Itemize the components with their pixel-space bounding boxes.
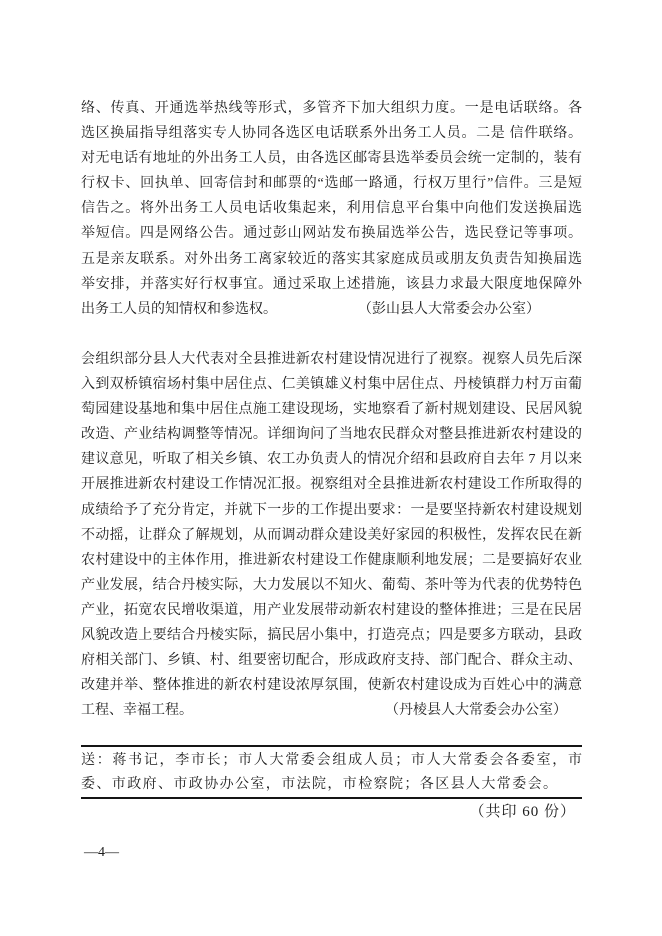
text-line: 建议意见，听取了相关乡镇、农工办负责人的情况介绍和县政府自去年 7 月以来 (81, 447, 582, 472)
text-line: 选区换届指导组落实专人协同各选区电话联系外出务工人员。二是 信件联络。 (81, 121, 582, 146)
distribution-list: 送：蒋书记，李市长；市人大常委会组成人员；市人大常委会各委室，市 委、市政府、市… (81, 749, 582, 797)
article2-closing-line: 工程、幸福工程。 （丹棱县人大常委会办公室） (81, 698, 582, 723)
text-line: 开展推进新农村建设工作情况汇报。视察组对全县推进新农村建设工作所取得的 (81, 472, 582, 497)
distribution-line: 委、市政府、市政协办公室，市法院，市检察院；各区县人大常委会。 (81, 773, 582, 797)
divider-top (81, 745, 582, 747)
article1-closing-line: 出务工人员的知情权和参选权。 （彭山县人大常委会办公室） (81, 297, 582, 322)
document-page: 络、传真、开通选举热线等形式，多管齐下加大组织力度。一是电话联络。各 选区换届指… (0, 0, 662, 936)
text-line: 五是亲友联系。对外出务工离家较近的落实其家庭成员或朋友负责告知换届选 (81, 247, 582, 272)
text-line: 成绩给予了充分肯定，并就下一步的工作提出要求：一是要坚持新农村建设规划 (81, 498, 582, 523)
text-line: 风貌改造上要结合丹棱实际，搞民居小集中，打造亮点；四是要多方联动，县政 (81, 623, 582, 648)
text-line: 信告之。将外出务工人员电话收集起来，利用信息平台集中向他们发送换届选 (81, 196, 582, 221)
article2-closing-text: 工程、幸福工程。 (81, 698, 193, 723)
text-line: 产业发展，结合丹棱实际，大力发展以不知火、葡萄、茶叶等为代表的优势特色 (81, 573, 582, 598)
text-line: 产业，拓宽农民增收渠道，用产业发展带动新农村建设的整体推进；三是在民居 (81, 598, 582, 623)
article1-closing-text: 出务工人员的知情权和参选权。 (81, 297, 277, 322)
text-line: 会组织部分县人大代表对全县推进新农村建设情况进行了视察。视察人员先后深 (81, 347, 582, 372)
text-line: 改造、产业结构调整等情况。详细询问了当地农民群众对整县推进新农村建设的 (81, 422, 582, 447)
article1-attribution: （彭山县人大常委会办公室） (358, 297, 540, 322)
text-line: 对无电话有地址的外出务工人员，由各选区邮寄县选举委员会统一定制的，装有 (81, 146, 582, 171)
text-line: 农村建设中的主体作用，推进新农村建设工作健康顺利地发展；二是要搞好农业 (81, 548, 582, 573)
text-line: 不动摇，让群众了解规划，从而调动群众建设美好家园的积极性，发挥农民在新 (81, 523, 582, 548)
text-line: 举短信。四是网络公告。通过彭山网站发布换届选举公告，选民登记等事项。 (81, 221, 582, 246)
text-line: 举安排，并落实好行权事宜。通过采取上述措施，该县力求最大限度地保障外 (81, 272, 582, 297)
text-line: 入到双桥镇宿场村集中居住点、仁美镇雄义村集中居住点、丹棱镇群力村万亩葡 (81, 372, 582, 397)
text-line: 萄园建设基地和集中居住点施工建设现场，实地察看了新村规划建设、民居风貌 (81, 397, 582, 422)
print-count: （共印 60 份） (81, 800, 582, 824)
divider-bottom (81, 797, 582, 799)
document-body: 络、传真、开通选举热线等形式，多管齐下加大组织力度。一是电话联络。各 选区换届指… (81, 96, 582, 723)
text-line: 改建并举、整体推进的新农村建设浓厚氛围，使新农村建设成为百姓心中的满意 (81, 673, 582, 698)
text-line: 络、传真、开通选举热线等形式，多管齐下加大组织力度。一是电话联络。各 (81, 96, 582, 121)
page-number: —4— (84, 844, 119, 862)
text-line: 行权卡、回执单、回寄信封和邮票的“选邮一路通，行权万里行”信件。三是短 (81, 171, 582, 196)
text-line: 府相关部门、乡镇、村、组要密切配合，形成政府支持、部门配合、群众主动、 (81, 648, 582, 673)
article2-title-line: 丹棱县人大常委会视察推进新农村建设情况 6 月 23 日，丹棱县人大常委 (81, 322, 582, 347)
article2-attribution: （丹棱县人大常委会办公室） (385, 698, 567, 723)
distribution-line: 送：蒋书记，李市长；市人大常委会组成人员；市人大常委会各委室，市 (81, 749, 582, 773)
